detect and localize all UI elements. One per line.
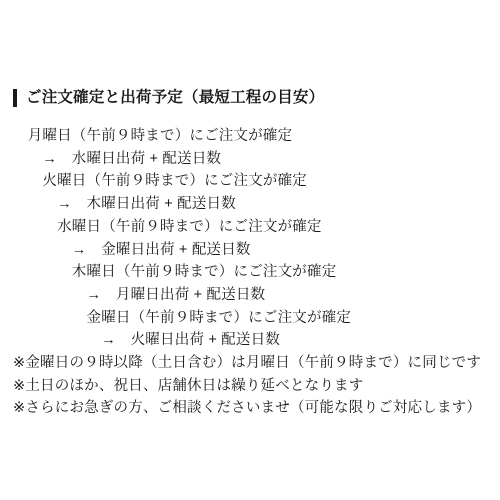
section-heading: ご注文確定と出荷予定（最短工程の目安） <box>13 89 490 107</box>
shipping-result-line: → 木曜日出荷 + 配送日数 <box>13 193 490 216</box>
shipping-result-line: → 水曜日出荷 + 配送日数 <box>13 148 490 171</box>
notes-list: ※金曜日の９時以降（土日含む）は月曜日（午前９時まで）に同じです ※土日のほか、… <box>13 352 490 420</box>
note-line: ※金曜日の９時以降（土日含む）は月曜日（午前９時まで）に同じです <box>13 352 490 375</box>
order-confirm-line: 金曜日（午前９時まで）にご注文が確定 <box>13 307 490 330</box>
note-line: ※土日のほか、祝日、店舗休日は繰り延べとなります <box>13 375 490 398</box>
note-line: ※さらにお急ぎの方、ご相談くださいませ（可能な限りご対応します） <box>13 397 490 420</box>
shipping-result-line: → 月曜日出荷 + 配送日数 <box>13 284 490 307</box>
order-confirm-line: 火曜日（午前９時まで）にご注文が確定 <box>13 170 490 193</box>
order-confirm-line: 月曜日（午前９時まで）にご注文が確定 <box>13 125 490 148</box>
shipping-result-line: → 金曜日出荷 + 配送日数 <box>13 239 490 262</box>
order-confirm-line: 水曜日（午前９時まで）にご注文が確定 <box>13 216 490 239</box>
shipping-result-line: → 火曜日出荷 + 配送日数 <box>13 329 490 352</box>
shipping-schedule-section: ご注文確定と出荷予定（最短工程の目安） 月曜日（午前９時まで）にご注文が確定 →… <box>13 89 490 420</box>
order-confirm-line: 木曜日（午前９時まで）にご注文が確定 <box>13 261 490 284</box>
schedule-list: 月曜日（午前９時まで）にご注文が確定 → 水曜日出荷 + 配送日数 火曜日（午前… <box>13 125 490 352</box>
